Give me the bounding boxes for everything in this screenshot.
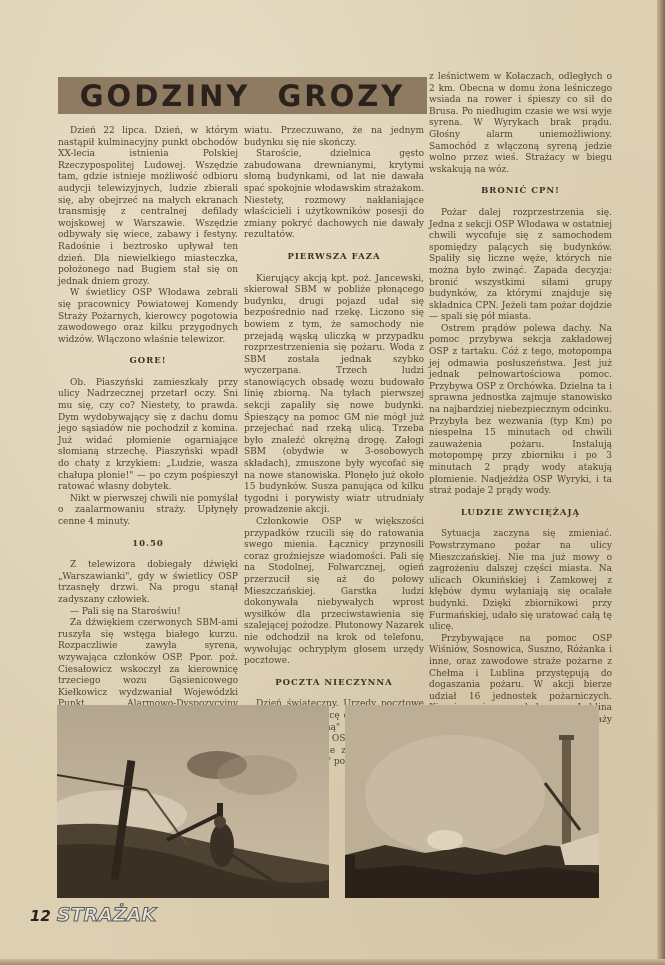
paragraph: Ostrem prądów polewa dachy. Na pomoc prz…: [429, 324, 612, 498]
magazine-page: GODZINY GROZY Dzień 22 lipca. Dzień, w k…: [0, 0, 665, 965]
paragraph: W świetlicy OSP Włodawa zebrali się prac…: [58, 288, 238, 346]
paragraph: Kierujący akcją kpt. poż. Jancewski, ski…: [244, 274, 424, 517]
paragraph: Z telewizora dobiegały dźwięki „Warszawi…: [58, 560, 238, 606]
paragraph: Nikt w pierwszej chwili nie pomyślał o z…: [58, 494, 238, 529]
paragraph: Ob. Piaszyński zamieszkały przy ulicy Na…: [58, 378, 238, 494]
page-edge-shadow: [657, 0, 665, 965]
article-title-banner: GODZINY GROZY: [58, 77, 427, 114]
paragraph: Dzień 22 lipca. Dzień, w którym nastąpił…: [58, 126, 238, 288]
section-heading: BRONIĆ CPN!: [429, 186, 612, 198]
magazine-logo: STRAŻAK: [57, 904, 156, 926]
section-heading: LUDZIE ZWYCIĘŻAJĄ: [429, 508, 612, 520]
page-edge-bottom: [0, 959, 665, 965]
firefighter-with-hose-photo: [57, 705, 329, 898]
paragraph: Sytuacja zaczyna się zmieniać. Powstrzym…: [429, 529, 612, 633]
paragraph: — Pali się na Staroświu!: [58, 607, 238, 619]
article-title: GODZINY GROZY: [80, 79, 406, 113]
page-number: 12: [30, 907, 51, 925]
paragraph: Staroście, dzielnica gęsto zabudowana dr…: [244, 149, 424, 242]
paragraph: Pożar dalej rozprzestrzenia się. Jedna z…: [429, 208, 612, 324]
section-heading: GORE!: [58, 356, 238, 368]
burned-buildings-photo: [345, 705, 599, 898]
section-heading: 10.50: [58, 539, 238, 551]
paragraph: Członkowie OSP w większości przypadków r…: [244, 517, 424, 668]
page-footer: 12 STRAŻAK: [30, 904, 156, 926]
section-heading: POCZTA NIECZYNNA: [244, 678, 424, 690]
article-column-3: z leśnictwem w Kołaczach, odległych o 2 …: [429, 72, 612, 738]
paragraph: z leśnictwem w Kołaczach, odległych o 2 …: [429, 72, 612, 176]
article-column-1: Dzień 22 lipca. Dzień, w którym nastąpił…: [58, 126, 238, 734]
article-column-2: wiatu. Przeczuwano, że na jednym budynku…: [244, 126, 424, 769]
section-heading: PIERWSZA FAZA: [244, 252, 424, 264]
paragraph: wiatu. Przeczuwano, że na jednym budynku…: [244, 126, 424, 149]
